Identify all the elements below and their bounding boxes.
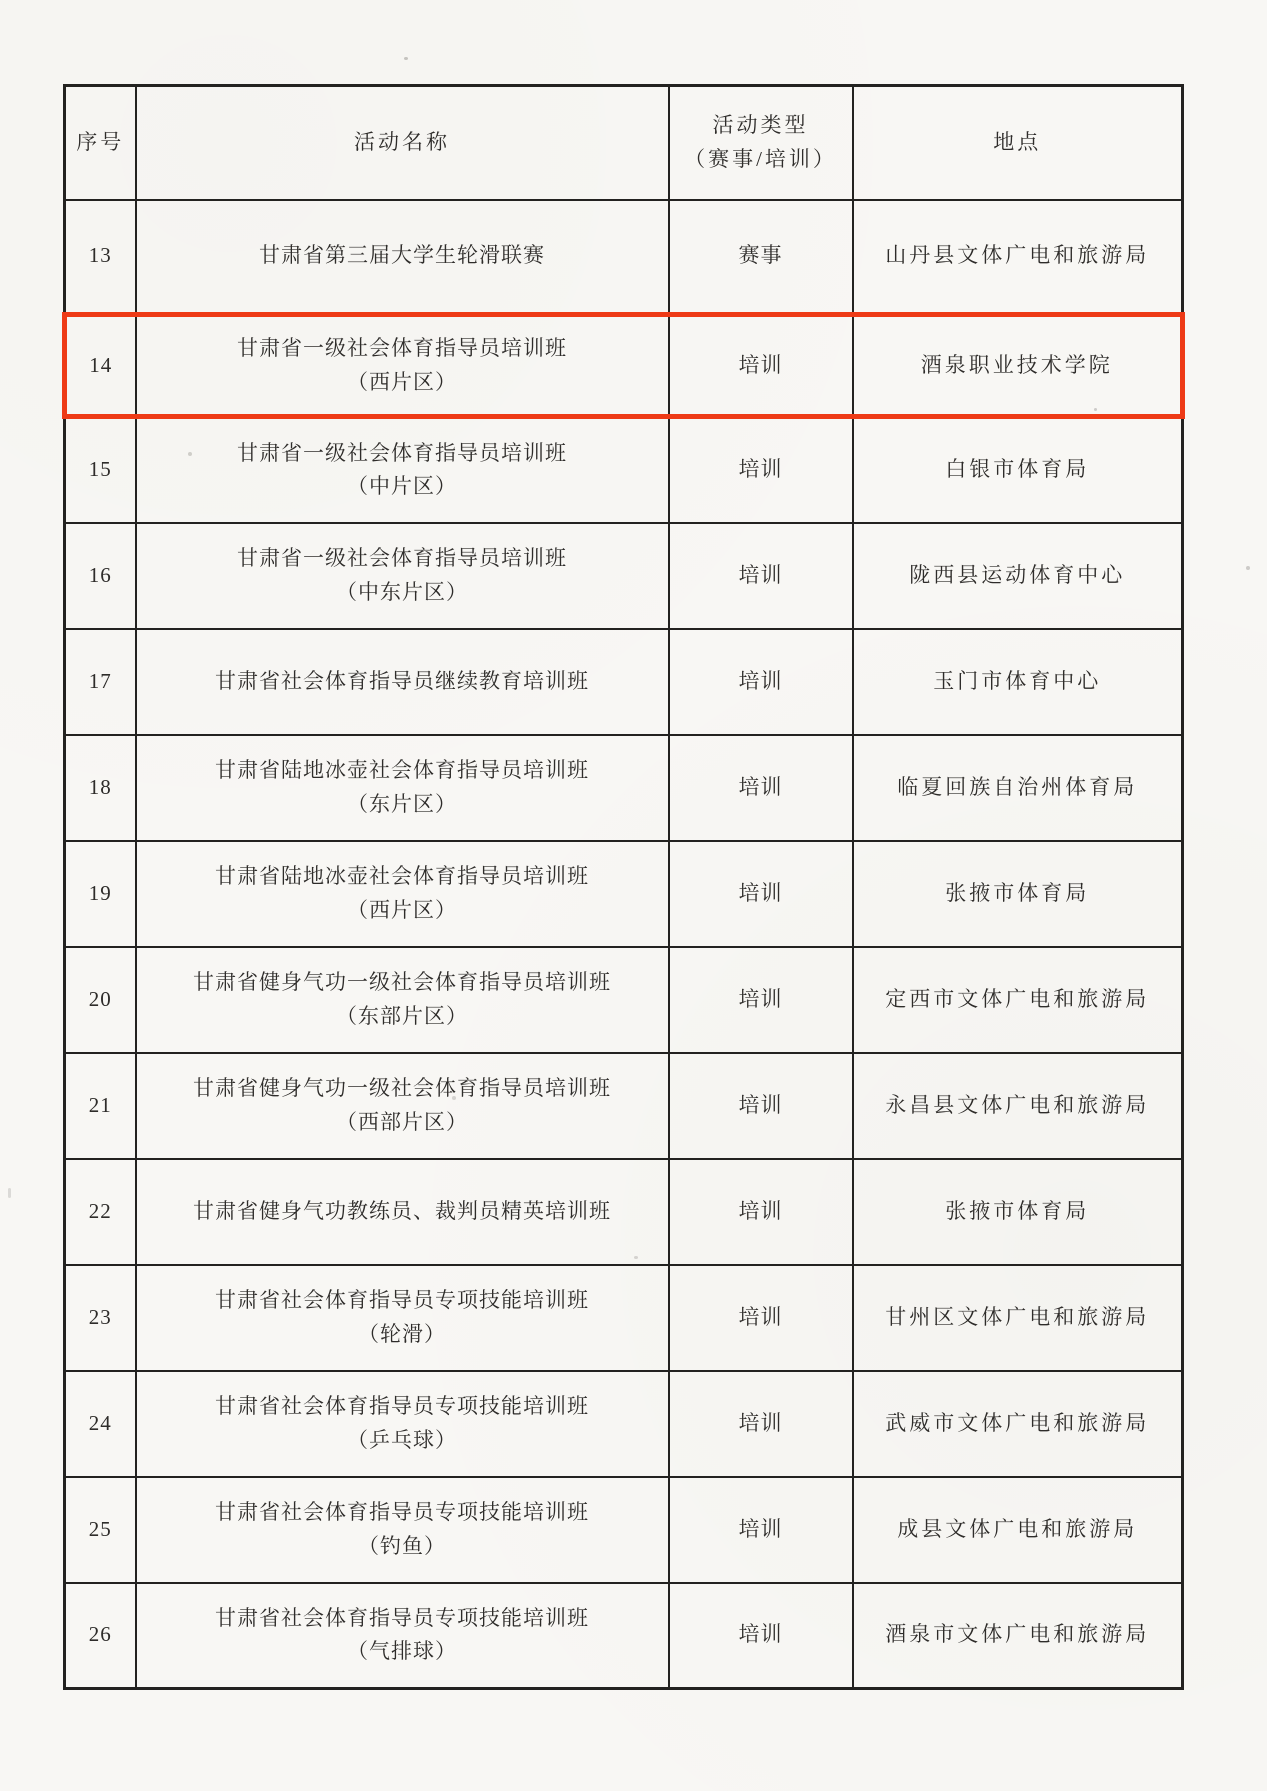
scan-speck — [404, 57, 408, 60]
activity-name-line2: （西部片区） — [143, 1106, 662, 1140]
activity-name-cell: 甘肃省社会体育指导员继续教育培训班 — [136, 629, 669, 735]
activity-name-line1: 甘肃省社会体育指导员专项技能培训班 — [143, 1496, 662, 1530]
activity-type-cell: 培训 — [669, 1053, 853, 1159]
row-index-cell: 21 — [65, 1053, 136, 1159]
activity-name-line2: （东片区） — [143, 788, 662, 822]
activity-name-cell: 甘肃省第三届大学生轮滑联赛 — [136, 200, 669, 315]
document-page: 序号 活动名称 活动类型 （赛事/培训） 地点 13甘肃省第三届大学生轮滑联赛赛… — [0, 0, 1267, 1791]
row-index-cell: 14 — [65, 315, 136, 417]
row-index-cell: 23 — [65, 1265, 136, 1371]
activity-name-line1: 甘肃省健身气功一级社会体育指导员培训班 — [143, 1072, 662, 1106]
activity-name-line1: 甘肃省社会体育指导员继续教育培训班 — [143, 665, 662, 699]
activity-type-cell: 培训 — [669, 1583, 853, 1689]
activity-name-cell: 甘肃省陆地冰壶社会体育指导员培训班（西片区） — [136, 841, 669, 947]
activity-name-cell: 甘肃省健身气功一级社会体育指导员培训班（西部片区） — [136, 1053, 669, 1159]
activity-name-cell: 甘肃省社会体育指导员专项技能培训班（气排球） — [136, 1583, 669, 1689]
location-cell: 酒泉市文体广电和旅游局 — [853, 1583, 1183, 1689]
location-cell: 张掖市体育局 — [853, 841, 1183, 947]
activity-name-line2: （中片区） — [143, 470, 662, 504]
table-row: 20甘肃省健身气功一级社会体育指导员培训班（东部片区）培训定西市文体广电和旅游局 — [65, 947, 1183, 1053]
activity-name-line1: 甘肃省一级社会体育指导员培训班 — [143, 542, 662, 576]
scan-speck — [1246, 566, 1250, 570]
activity-name-line2: （钓鱼） — [143, 1530, 662, 1564]
activity-type-cell: 培训 — [669, 629, 853, 735]
table-row: 24甘肃省社会体育指导员专项技能培训班（乒乓球）培训武威市文体广电和旅游局 — [65, 1371, 1183, 1477]
header-index: 序号 — [65, 86, 136, 200]
activity-name-cell: 甘肃省一级社会体育指导员培训班（中东片区） — [136, 523, 669, 629]
table-row: 16甘肃省一级社会体育指导员培训班（中东片区）培训陇西县运动体育中心 — [65, 523, 1183, 629]
row-index-cell: 22 — [65, 1159, 136, 1265]
location-cell: 甘州区文体广电和旅游局 — [853, 1265, 1183, 1371]
activity-type-cell: 赛事 — [669, 200, 853, 315]
activity-name-line2: （西片区） — [143, 366, 662, 400]
activity-name-line1: 甘肃省一级社会体育指导员培训班 — [143, 332, 662, 366]
activity-name-line2: （中东片区） — [143, 576, 662, 610]
header-activity-type-line2: （赛事/培训） — [676, 143, 846, 177]
header-activity-type-line1: 活动类型 — [676, 109, 846, 143]
activity-name-line1: 甘肃省陆地冰壶社会体育指导员培训班 — [143, 754, 662, 788]
activity-name-cell: 甘肃省一级社会体育指导员培训班（西片区） — [136, 315, 669, 417]
location-cell: 玉门市体育中心 — [853, 629, 1183, 735]
activity-type-cell: 培训 — [669, 735, 853, 841]
location-cell: 永昌县文体广电和旅游局 — [853, 1053, 1183, 1159]
activity-type-cell: 培训 — [669, 947, 853, 1053]
activity-type-cell: 培训 — [669, 1477, 853, 1583]
location-cell: 成县文体广电和旅游局 — [853, 1477, 1183, 1583]
activity-name-cell: 甘肃省健身气功教练员、裁判员精英培训班 — [136, 1159, 669, 1265]
location-cell: 临夏回族自治州体育局 — [853, 735, 1183, 841]
activity-name-line1: 甘肃省健身气功教练员、裁判员精英培训班 — [143, 1195, 662, 1229]
table-row: 21甘肃省健身气功一级社会体育指导员培训班（西部片区）培训永昌县文体广电和旅游局 — [65, 1053, 1183, 1159]
table-row: 13甘肃省第三届大学生轮滑联赛赛事山丹县文体广电和旅游局 — [65, 200, 1183, 315]
activity-name-cell: 甘肃省一级社会体育指导员培训班（中片区） — [136, 417, 669, 523]
activity-name-line2: （气排球） — [143, 1635, 662, 1669]
activity-name-line2: （西片区） — [143, 894, 662, 928]
activity-name-cell: 甘肃省社会体育指导员专项技能培训班（钓鱼） — [136, 1477, 669, 1583]
row-index-cell: 18 — [65, 735, 136, 841]
location-cell: 陇西县运动体育中心 — [853, 523, 1183, 629]
activity-type-cell: 培训 — [669, 315, 853, 417]
activity-type-cell: 培训 — [669, 1265, 853, 1371]
table-row: 23甘肃省社会体育指导员专项技能培训班（轮滑）培训甘州区文体广电和旅游局 — [65, 1265, 1183, 1371]
location-cell: 白银市体育局 — [853, 417, 1183, 523]
scan-speck — [188, 452, 192, 456]
header-activity-name: 活动名称 — [136, 86, 669, 200]
header-location: 地点 — [853, 86, 1183, 200]
activity-name-line2: （轮滑） — [143, 1318, 662, 1352]
row-index-cell: 15 — [65, 417, 136, 523]
row-index-cell: 17 — [65, 629, 136, 735]
activity-type-cell: 培训 — [669, 1371, 853, 1477]
scan-speck — [8, 1188, 11, 1198]
activity-name-line2: （东部片区） — [143, 1000, 662, 1034]
location-cell: 酒泉职业技术学院 — [853, 315, 1183, 417]
location-cell: 张掖市体育局 — [853, 1159, 1183, 1265]
location-cell: 武威市文体广电和旅游局 — [853, 1371, 1183, 1477]
row-index-cell: 13 — [65, 200, 136, 315]
activity-name-line1: 甘肃省一级社会体育指导员培训班 — [143, 437, 662, 471]
header-activity-type: 活动类型 （赛事/培训） — [669, 86, 853, 200]
activity-name-line1: 甘肃省社会体育指导员专项技能培训班 — [143, 1602, 662, 1636]
activity-type-cell: 培训 — [669, 523, 853, 629]
activity-name-cell: 甘肃省健身气功一级社会体育指导员培训班（东部片区） — [136, 947, 669, 1053]
table-row: 19甘肃省陆地冰壶社会体育指导员培训班（西片区）培训张掖市体育局 — [65, 841, 1183, 947]
scan-speck — [634, 1256, 638, 1259]
activity-name-line1: 甘肃省第三届大学生轮滑联赛 — [143, 239, 662, 273]
activity-name-line2: （乒乓球） — [143, 1424, 662, 1458]
location-cell: 山丹县文体广电和旅游局 — [853, 200, 1183, 315]
activity-name-line1: 甘肃省社会体育指导员专项技能培训班 — [143, 1284, 662, 1318]
row-index-cell: 24 — [65, 1371, 136, 1477]
activity-name-cell: 甘肃省社会体育指导员专项技能培训班（乒乓球） — [136, 1371, 669, 1477]
table-row: 22甘肃省健身气功教练员、裁判员精英培训班培训张掖市体育局 — [65, 1159, 1183, 1265]
row-index-cell: 25 — [65, 1477, 136, 1583]
location-cell: 定西市文体广电和旅游局 — [853, 947, 1183, 1053]
table-row: 15甘肃省一级社会体育指导员培训班（中片区）培训白银市体育局 — [65, 417, 1183, 523]
row-index-cell: 16 — [65, 523, 136, 629]
row-index-cell: 19 — [65, 841, 136, 947]
table-row: 17甘肃省社会体育指导员继续教育培训班培训玉门市体育中心 — [65, 629, 1183, 735]
activity-name-cell: 甘肃省社会体育指导员专项技能培训班（轮滑） — [136, 1265, 669, 1371]
activity-name-line1: 甘肃省社会体育指导员专项技能培训班 — [143, 1390, 662, 1424]
scan-speck — [1094, 408, 1097, 411]
table-header-row: 序号 活动名称 活动类型 （赛事/培训） 地点 — [65, 86, 1183, 200]
activity-name-cell: 甘肃省陆地冰壶社会体育指导员培训班（东片区） — [136, 735, 669, 841]
activity-name-line1: 甘肃省健身气功一级社会体育指导员培训班 — [143, 966, 662, 1000]
scan-speck — [452, 1096, 456, 1100]
row-index-cell: 20 — [65, 947, 136, 1053]
activity-type-cell: 培训 — [669, 841, 853, 947]
table-row: 26甘肃省社会体育指导员专项技能培训班（气排球）培训酒泉市文体广电和旅游局 — [65, 1583, 1183, 1689]
table-row-highlighted: 14甘肃省一级社会体育指导员培训班（西片区）培训酒泉职业技术学院 — [65, 315, 1183, 417]
activity-type-cell: 培训 — [669, 1159, 853, 1265]
activities-table: 序号 活动名称 活动类型 （赛事/培训） 地点 13甘肃省第三届大学生轮滑联赛赛… — [62, 84, 1185, 1690]
activity-type-cell: 培训 — [669, 417, 853, 523]
table-row: 25甘肃省社会体育指导员专项技能培训班（钓鱼）培训成县文体广电和旅游局 — [65, 1477, 1183, 1583]
table-row: 18甘肃省陆地冰壶社会体育指导员培训班（东片区）培训临夏回族自治州体育局 — [65, 735, 1183, 841]
activity-name-line1: 甘肃省陆地冰壶社会体育指导员培训班 — [143, 860, 662, 894]
row-index-cell: 26 — [65, 1583, 136, 1689]
